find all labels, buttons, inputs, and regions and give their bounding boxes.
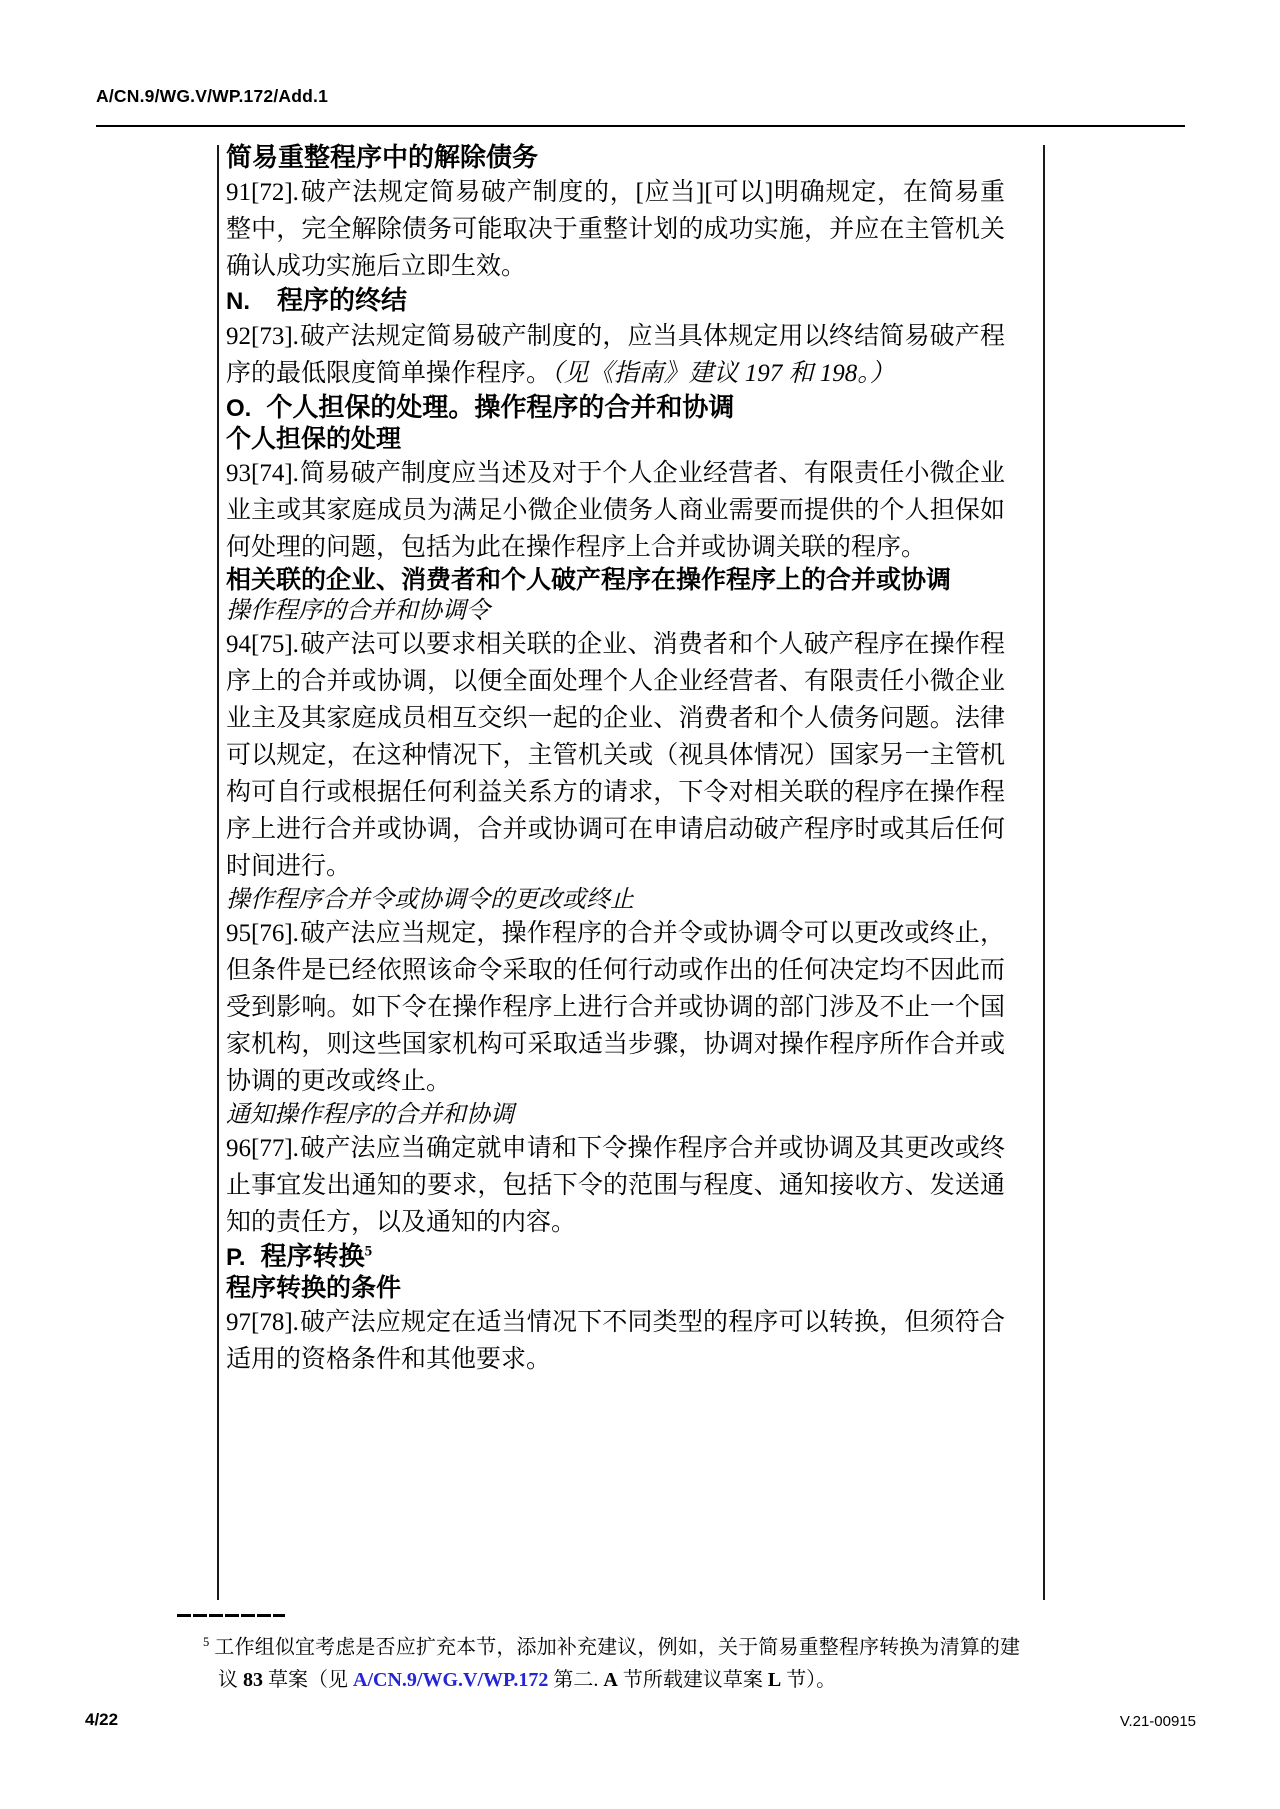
section-n-heading: N.程序的终结 <box>226 285 1005 318</box>
section-p-heading: P.程序转换5 <box>226 1241 1005 1274</box>
paragraph-97: 97[78].破产法应规定在适当情况下不同类型的程序可以转换，但须符合适用的资格… <box>226 1304 1005 1378</box>
section-letter: O. <box>226 395 251 422</box>
document-symbol: A/CN.9/WG.V/WP.172/Add.1 <box>96 86 328 107</box>
heading-discharge-in-simplified-reorganization: 简易重整程序中的解除债务 <box>226 142 1005 174</box>
paragraph-number: 91[72]. <box>226 174 300 211</box>
paragraph-96: 96[77].破产法应当确定就申请和下令操作程序合并或协调及其更改或终止事宜发出… <box>226 1130 1005 1241</box>
paragraph-number: 93[74]. <box>226 455 300 492</box>
guide-reference: （见《指南》建议 197 和 198。） <box>551 360 895 387</box>
section-letter: N. <box>226 288 250 315</box>
recommendation-number: 83 <box>243 1669 263 1691</box>
paragraph-number: 92[73]. <box>226 318 300 355</box>
paragraph-number: 94[75]. <box>226 626 300 663</box>
section-letter: P. <box>226 1244 246 1271</box>
paragraph-number: 96[77]. <box>226 1130 300 1167</box>
paragraph-94: 94[75].破产法可以要求相关联的企业、消费者和个人破产程序在操作程序上的合并… <box>226 626 1005 885</box>
section-title: 程序转换 <box>261 1242 365 1271</box>
paragraph-text: 破产法应当确定就申请和下令操作程序合并或协调及其更改或终止事宜发出通知的要求，包… <box>226 1135 1005 1236</box>
paragraph-text: 破产法应当规定，操作程序的合并令或协调令可以更改或终止，但条件是已经依照该命令采… <box>226 920 1005 1095</box>
paragraph-95: 95[76].破产法应当规定，操作程序的合并令或协调令可以更改或终止，但条件是已… <box>226 915 1005 1100</box>
revision-bar-right <box>1043 145 1045 1600</box>
paragraph-91: 91[72].破产法规定简易破产制度的，[应当][可以]明确规定，在简易重整中，… <box>226 174 1005 285</box>
revision-bar-left <box>217 145 219 1600</box>
subheading-personal-guarantees: 个人担保的处理 <box>226 425 1005 455</box>
section-l-ref: L <box>768 1669 781 1691</box>
paragraph-text: 破产法应规定在适当情况下不同类型的程序可以转换，但须符合适用的资格条件和其他要求… <box>226 1309 1005 1373</box>
footnote-reference-5: 5 <box>365 1243 373 1259</box>
job-number: V.21-00915 <box>1120 1713 1196 1730</box>
subheading-modification-termination: 操作程序合并令或协调令的更改或终止 <box>226 885 1005 915</box>
paragraph-92: 92[73].破产法规定简易破产制度的，应当具体规定用以终结简易破产程序的最低限… <box>226 318 1005 392</box>
header-rule <box>96 125 1185 127</box>
document-page: A/CN.9/WG.V/WP.172/Add.1 简易重整程序中的解除债务 91… <box>0 0 1280 1809</box>
paragraph-number: 97[78]. <box>226 1304 300 1341</box>
page-number: 4/22 <box>85 1710 118 1730</box>
section-title: 个人担保的处理。操作程序的合并和协调 <box>266 393 734 422</box>
document-body: 简易重整程序中的解除债务 91[72].破产法规定简易破产制度的，[应当][可以… <box>226 142 1005 1378</box>
section-o-heading: O.个人担保的处理。操作程序的合并和协调 <box>226 392 1005 425</box>
footnote-text-3: 第二. <box>548 1669 603 1691</box>
footnote-separator <box>177 1614 285 1617</box>
paragraph-93: 93[74].简易破产制度应当述及对于个人企业经营者、有限责任小微企业业主或其家… <box>226 455 1005 566</box>
document-link[interactable]: A/CN.9/WG.V/WP.172 <box>353 1669 548 1691</box>
subheading-consolidation-order: 操作程序的合并和协调令 <box>226 596 1005 626</box>
subheading-related-proceedings: 相关联的企业、消费者和个人破产程序在操作程序上的合并或协调 <box>226 566 1005 596</box>
footnote-text-2: 草案（见 <box>263 1669 353 1691</box>
footnote-5: 5 工作组似宜考虑是否应扩充本节，添加补充建议，例如，关于简易重整程序转换为清算… <box>203 1626 1020 1696</box>
paragraph-text: 破产法可以要求相关联的企业、消费者和个人破产程序在操作程序上的合并或协调，以便全… <box>226 631 1005 880</box>
footnote-text-5: 节）。 <box>781 1669 836 1691</box>
section-a-ref: A <box>603 1669 617 1691</box>
paragraph-text: 简易破产制度应当述及对于个人企业经营者、有限责任小微企业业主或其家庭成员为满足小… <box>226 460 1005 561</box>
paragraph-text: 破产法规定简易破产制度的，[应当][可以]明确规定，在简易重整中，完全解除债务可… <box>226 179 1005 280</box>
paragraph-number: 95[76]. <box>226 915 300 952</box>
subheading-notice-of-consolidation: 通知操作程序的合并和协调 <box>226 1100 1005 1130</box>
subheading-conversion-conditions: 程序转换的条件 <box>226 1274 1005 1304</box>
footnote-text-4: 节所载建议草案 <box>618 1669 768 1691</box>
footnote-marker: 5 <box>203 1635 209 1649</box>
section-title: 程序的终结 <box>277 286 407 315</box>
